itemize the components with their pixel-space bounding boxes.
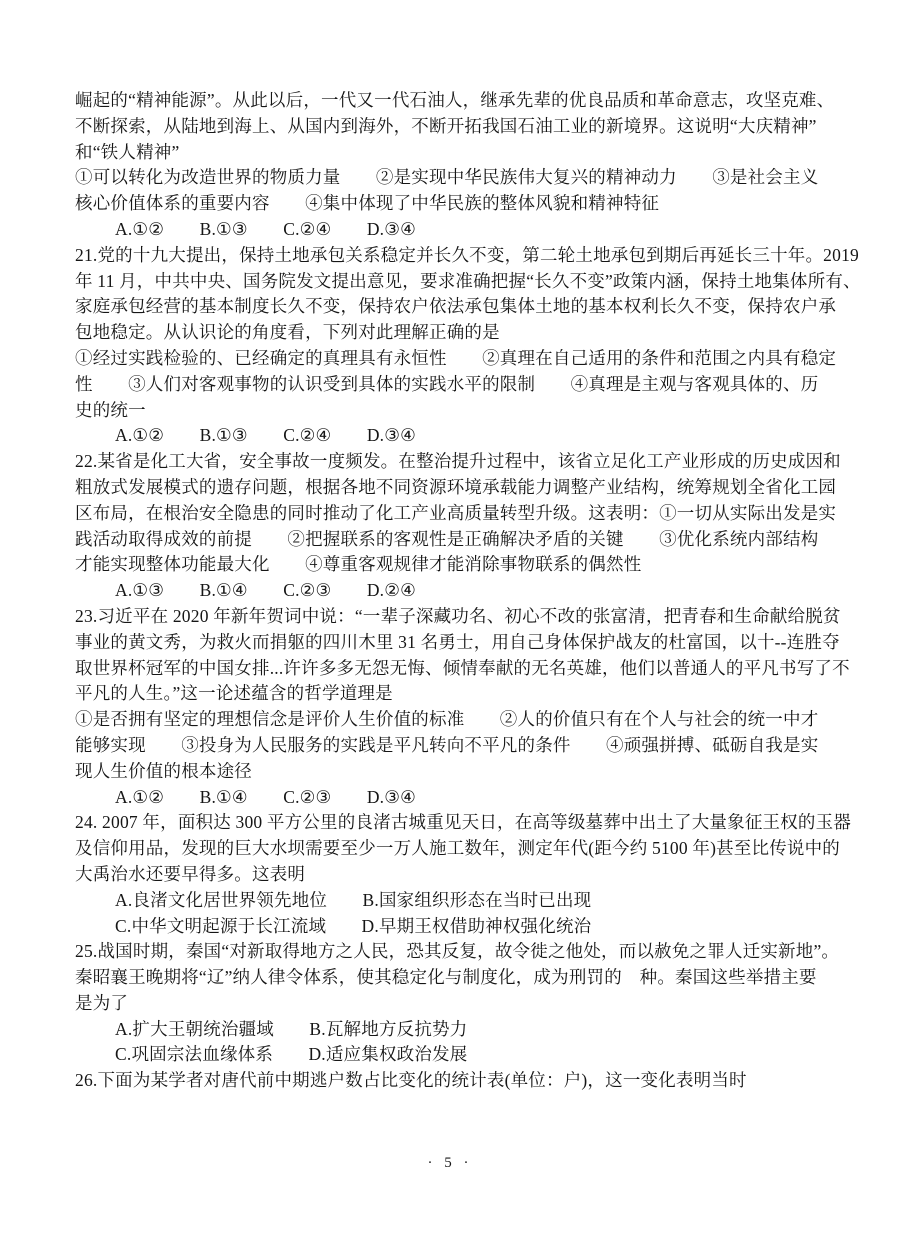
question-stem-line: 21.党的十九大提出，保持土地承包关系稳定并长久不变，第二轮土地承包到期后再延长… xyxy=(75,243,835,269)
question-stem-line: 26.下面为某学者对唐代前中期逃户数占比变化的统计表(单位：户)，这一变化表明当… xyxy=(75,1068,835,1094)
answer-choices-line: A.①③ B.①④ C.②③ D.②④ xyxy=(75,578,835,604)
numbered-options-line: 才能实现整体功能最大化 ④尊重客观规律才能消除事物联系的偶然性 xyxy=(75,552,835,578)
question-stem-line: 区布局，在根治安全隐患的同时推动了化工产业高质量转型升级。这表明：①一切从实际出… xyxy=(75,501,835,527)
question-stem-line: 大禹治水还要早得多。这表明 xyxy=(75,862,835,888)
question-20-continuation: 崛起的“精神能源”。从此以后，一代又一代石油人，继承先辈的优良品质和革命意志，攻… xyxy=(75,88,835,243)
question-stem-line: 事业的黄文秀，为救火而捐躯的四川木里 31 名勇士，用自己身体保护战友的杜富国，… xyxy=(75,630,835,656)
numbered-options-line: 能够实现 ③投身为人民服务的实践是平凡转向不平凡的条件 ④顽强拼搏、砥砺自我是实 xyxy=(75,733,835,759)
page-number: · 5 · xyxy=(0,1155,900,1172)
exam-page: 崛起的“精神能源”。从此以后，一代又一代石油人，继承先辈的优良品质和革命意志，攻… xyxy=(0,0,900,1246)
answer-choices-line: A.①② B.①③ C.②④ D.③④ xyxy=(75,423,835,449)
text-line: 不断探索，从陆地到海上、从国内到海外，不断开拓我国石油工业的新境界。这说明“大庆… xyxy=(75,114,835,140)
question-stem-line: 25.战国时期，秦国“对新取得地方之人民，恐其反复，故令徙之他处，而以赦免之罪人… xyxy=(75,939,835,965)
numbered-options-line: 性 ③人们对客观事物的认识受到具体的实践水平的限制 ④真理是主观与客观具体的、历 xyxy=(75,372,835,398)
answer-choices-line: A.①② B.①③ C.②④ D.③④ xyxy=(75,217,835,243)
question-25: 25.战国时期，秦国“对新取得地方之人民，恐其反复，故令徙之他处，而以赦免之罪人… xyxy=(75,939,835,1068)
answer-choices-line: A.良渚文化居世界领先地位 B.国家组织形态在当时已出现 xyxy=(75,888,835,914)
question-24: 24. 2007 年，面积达 300 平方公里的良渚古城重见天日，在高等级墓葬中… xyxy=(75,810,835,939)
answer-choices-line: A.①② B.①④ C.②③ D.③④ xyxy=(75,785,835,811)
question-stem-line: 24. 2007 年，面积达 300 平方公里的良渚古城重见天日，在高等级墓葬中… xyxy=(75,810,835,836)
question-stem-line: 23.习近平在 2020 年新年贺词中说：“一辈子深藏功名、初心不改的张富清，把… xyxy=(75,604,835,630)
question-stem-line: 22.某省是化工大省，安全事故一度频发。在整治提升过程中，该省立足化工产业形成的… xyxy=(75,449,835,475)
question-stem-line: 及信仰用品，发现的巨大水坝需要至少一万人施工数年，测定年代(距今约 5100 年… xyxy=(75,836,835,862)
numbered-options-line: ①可以转化为改造世界的物质力量 ②是实现中华民族伟大复兴的精神动力 ③是社会主义 xyxy=(75,165,835,191)
question-stem-line: 取世界杯冠军的中国女排...许许多多无怨无悔、倾情奉献的无名英雄，他们以普通人的… xyxy=(75,656,835,682)
question-stem-line: 平凡的人生。”这一论述蕴含的哲学道理是 xyxy=(75,681,835,707)
numbered-options-line: 现人生价值的根本途径 xyxy=(75,759,835,785)
question-stem-line: 粗放式发展模式的遗存问题，根据各地不同资源环境承载能力调整产业结构，统筹规划全省… xyxy=(75,475,835,501)
exam-content: 崛起的“精神能源”。从此以后，一代又一代石油人，继承先辈的优良品质和革命意志，攻… xyxy=(75,88,835,1094)
question-stem-line: 是为了 xyxy=(75,991,835,1017)
numbered-options-line: ①经过实践检验的、已经确定的真理具有永恒性 ②真理在自己适用的条件和范围之内具有… xyxy=(75,346,835,372)
numbered-options-line: 核心价值体系的重要内容 ④集中体现了中华民族的整体风貌和精神特征 xyxy=(75,191,835,217)
question-stem-line: 秦昭襄王晚期将“辽”纳人律令体系，使其稳定化与制度化，成为刑罚的 种。秦国这些举… xyxy=(75,965,835,991)
numbered-options-line: 史的统一 xyxy=(75,398,835,424)
question-23: 23.习近平在 2020 年新年贺词中说：“一辈子深藏功名、初心不改的张富清，把… xyxy=(75,604,835,810)
question-22: 22.某省是化工大省，安全事故一度频发。在整治提升过程中，该省立足化工产业形成的… xyxy=(75,449,835,604)
numbered-options-line: 践活动取得成效的前提 ②把握联系的客观性是正确解决矛盾的关键 ③优化系统内部结构 xyxy=(75,527,835,553)
question-26: 26.下面为某学者对唐代前中期逃户数占比变化的统计表(单位：户)，这一变化表明当… xyxy=(75,1068,835,1094)
text-line: 崛起的“精神能源”。从此以后，一代又一代石油人，继承先辈的优良品质和革命意志，攻… xyxy=(75,88,835,114)
question-21: 21.党的十九大提出，保持土地承包关系稳定并长久不变，第二轮土地承包到期后再延长… xyxy=(75,243,835,449)
question-stem-line: 家庭承包经营的基本制度长久不变，保持农户依法承包集体土地的基本权利长久不变，保持… xyxy=(75,294,835,320)
answer-choices-line: C.巩固宗法血缘体系 D.适应集权政治发展 xyxy=(75,1042,835,1068)
text-line: 和“铁人精神” xyxy=(75,140,835,166)
answer-choices-line: A.扩大王朝统治疆域 B.瓦解地方反抗势力 xyxy=(75,1017,835,1043)
question-stem-line: 包地稳定。从认识论的角度看，下列对此理解正确的是 xyxy=(75,320,835,346)
numbered-options-line: ①是否拥有坚定的理想信念是评价人生价值的标准 ②人的价值只有在个人与社会的统一中… xyxy=(75,707,835,733)
question-stem-line: 年 11 月，中共中央、国务院发文提出意见，要求准确把握“长久不变”政策内涵，保… xyxy=(75,269,835,295)
answer-choices-line: C.中华文明起源于长江流域 D.早期王权借助神权强化统治 xyxy=(75,914,835,940)
